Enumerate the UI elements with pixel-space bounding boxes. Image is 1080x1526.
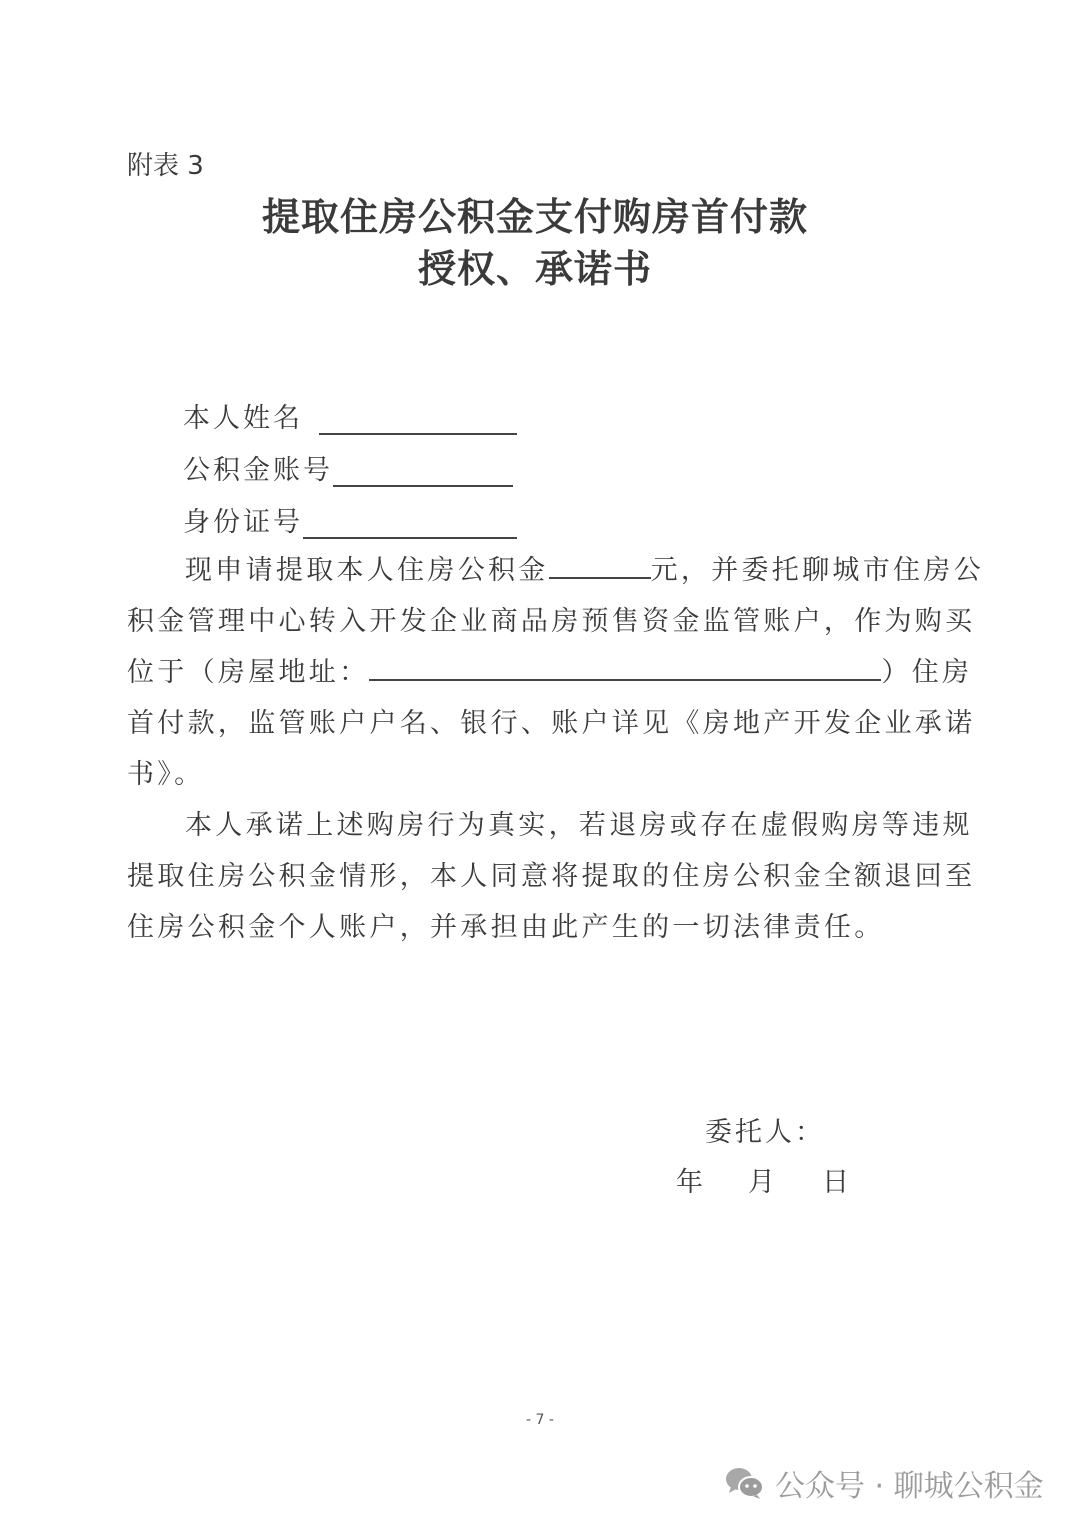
- date-month-label: 月: [748, 1160, 778, 1199]
- field-id-input[interactable]: [303, 513, 517, 539]
- field-name-label: 本人姓名: [183, 396, 303, 435]
- date-day-label: 日: [822, 1160, 852, 1199]
- paragraph-line: 首付款，监管账户户名、银行、账户详见《房地产开发企业承诺: [127, 698, 942, 749]
- field-account: 公积金账号: [183, 448, 513, 487]
- date-year-label: 年: [676, 1160, 706, 1199]
- text-segment: 现申请提取本人住房公积金: [185, 555, 549, 586]
- text-segment: ）住房: [881, 657, 972, 688]
- watermark-text: 公众号 · 聊城公积金: [775, 1461, 1044, 1505]
- paragraph-line: 积金管理中心转入开发企业商品房预售资金监管账户，作为购买: [127, 596, 942, 647]
- principal-label: 委托人：: [705, 1110, 825, 1149]
- paragraph-line: 现申请提取本人住房公积金元，并委托聊城市住房公: [127, 545, 942, 596]
- text-segment: 位于（房屋地址：: [127, 657, 369, 688]
- wechat-icon: [725, 1466, 765, 1500]
- field-id-label: 身份证号: [183, 500, 303, 539]
- text-segment: 元，并委托聊城市住房公: [651, 555, 984, 586]
- application-paragraph: 现申请提取本人住房公积金元，并委托聊城市住房公 积金管理中心转入开发企业商品房预…: [127, 545, 942, 800]
- commitment-paragraph: 本人承诺上述购房行为真实，若退房或存在虚假购房等违规 提取住房公积金情形，本人同…: [127, 800, 942, 953]
- field-name: 本人姓名: [183, 396, 517, 435]
- paragraph-line: 本人承诺上述购房行为真实，若退房或存在虚假购房等违规: [127, 800, 942, 851]
- field-account-input[interactable]: [333, 461, 513, 487]
- field-account-label: 公积金账号: [183, 448, 333, 487]
- attachment-label: 附表 3: [127, 145, 204, 182]
- watermark: 公众号 · 聊城公积金: [725, 1461, 1044, 1505]
- field-id: 身份证号: [183, 500, 517, 539]
- field-name-input[interactable]: [319, 409, 517, 435]
- page-number: - 7 -: [0, 1412, 1080, 1428]
- document-title: 提取住房公积金支付购房首付款: [0, 186, 1075, 241]
- amount-input[interactable]: [549, 555, 651, 579]
- paragraph-line: 提取住房公积金情形，本人同意将提取的住房公积金全额退回至: [127, 851, 942, 902]
- paragraph-line: 书》。: [127, 749, 942, 800]
- document-subtitle: 授权、承诺书: [0, 238, 1075, 293]
- paragraph-line: 住房公积金个人账户，并承担由此产生的一切法律责任。: [127, 902, 942, 953]
- paragraph-line: 位于（房屋地址：）住房: [127, 647, 942, 698]
- address-input[interactable]: [369, 657, 881, 681]
